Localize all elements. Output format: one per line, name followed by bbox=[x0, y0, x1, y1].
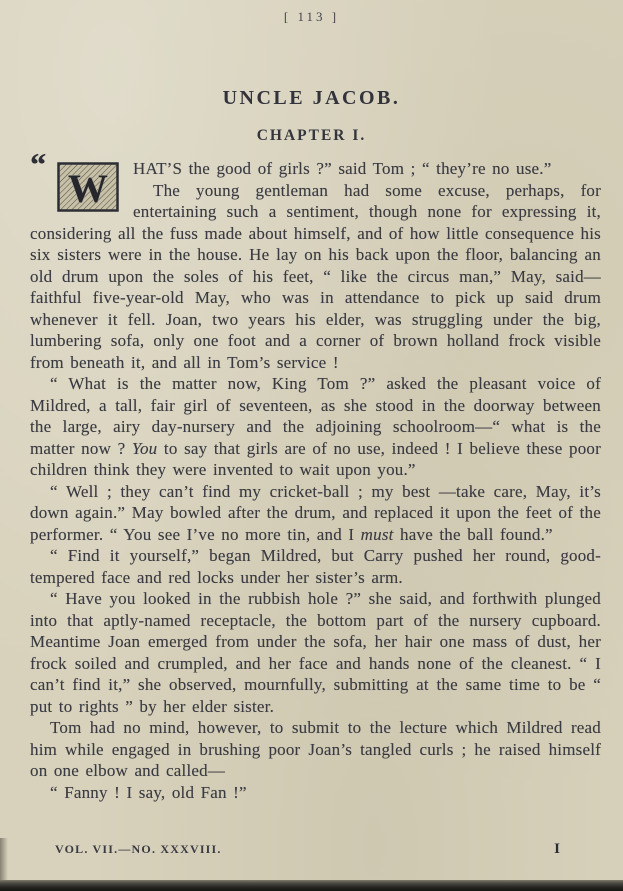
paragraph-text: “ Fanny ! I say, old Fan !” bbox=[50, 783, 247, 802]
body-text: “ W HAT’S the good of girls ?” said Tom … bbox=[30, 158, 601, 803]
ornamental-initial-icon: W bbox=[57, 162, 119, 212]
page-footer: VOL. VII.—NO. XXXVIII. I bbox=[55, 841, 560, 858]
paragraph-italic-text: must bbox=[361, 525, 394, 544]
paragraph: “ Fanny ! I say, old Fan !” bbox=[30, 782, 601, 804]
chapter-heading: CHAPTER I. bbox=[0, 127, 623, 145]
paragraph-text: HAT’S the good of girls ?” said Tom ; “ … bbox=[133, 159, 551, 178]
paragraph: Tom had no mind, however, to submit to t… bbox=[30, 717, 601, 782]
book-title: UNCLE JACOB. bbox=[0, 87, 623, 110]
book-page: [ 113 ] UNCLE JACOB. CHAPTER I. “ W bbox=[0, 0, 623, 891]
paragraph-italic-text: You bbox=[132, 439, 158, 458]
paragraph: “ Have you looked in the rubbish hole ?”… bbox=[30, 588, 601, 717]
open-quote-mark: “ bbox=[30, 154, 44, 176]
drop-cap-block: “ W bbox=[30, 158, 127, 221]
drop-cap-letter: W bbox=[68, 166, 108, 211]
paragraph-text: “ Find it yourself,” began Mildred, but … bbox=[30, 546, 601, 587]
volume-number: VOL. VII.—NO. XXXVIII. bbox=[55, 842, 222, 857]
scan-edge-bottom bbox=[0, 880, 623, 891]
paragraph-text: Tom had no mind, however, to submit to t… bbox=[30, 718, 601, 780]
paragraph-text: “ Have you looked in the rubbish hole ?”… bbox=[30, 589, 601, 716]
paragraph: “ Find it yourself,” began Mildred, but … bbox=[30, 545, 601, 588]
page-number: [ 113 ] bbox=[0, 0, 623, 25]
scan-edge-left bbox=[0, 838, 8, 883]
signature-mark: I bbox=[554, 841, 560, 858]
paragraph: “ What is the matter now, King Tom ?” as… bbox=[30, 373, 601, 481]
paragraph-text: have the ball found.” bbox=[394, 525, 553, 544]
paragraph: “ Well ; they can’t find my cricket-ball… bbox=[30, 481, 601, 546]
